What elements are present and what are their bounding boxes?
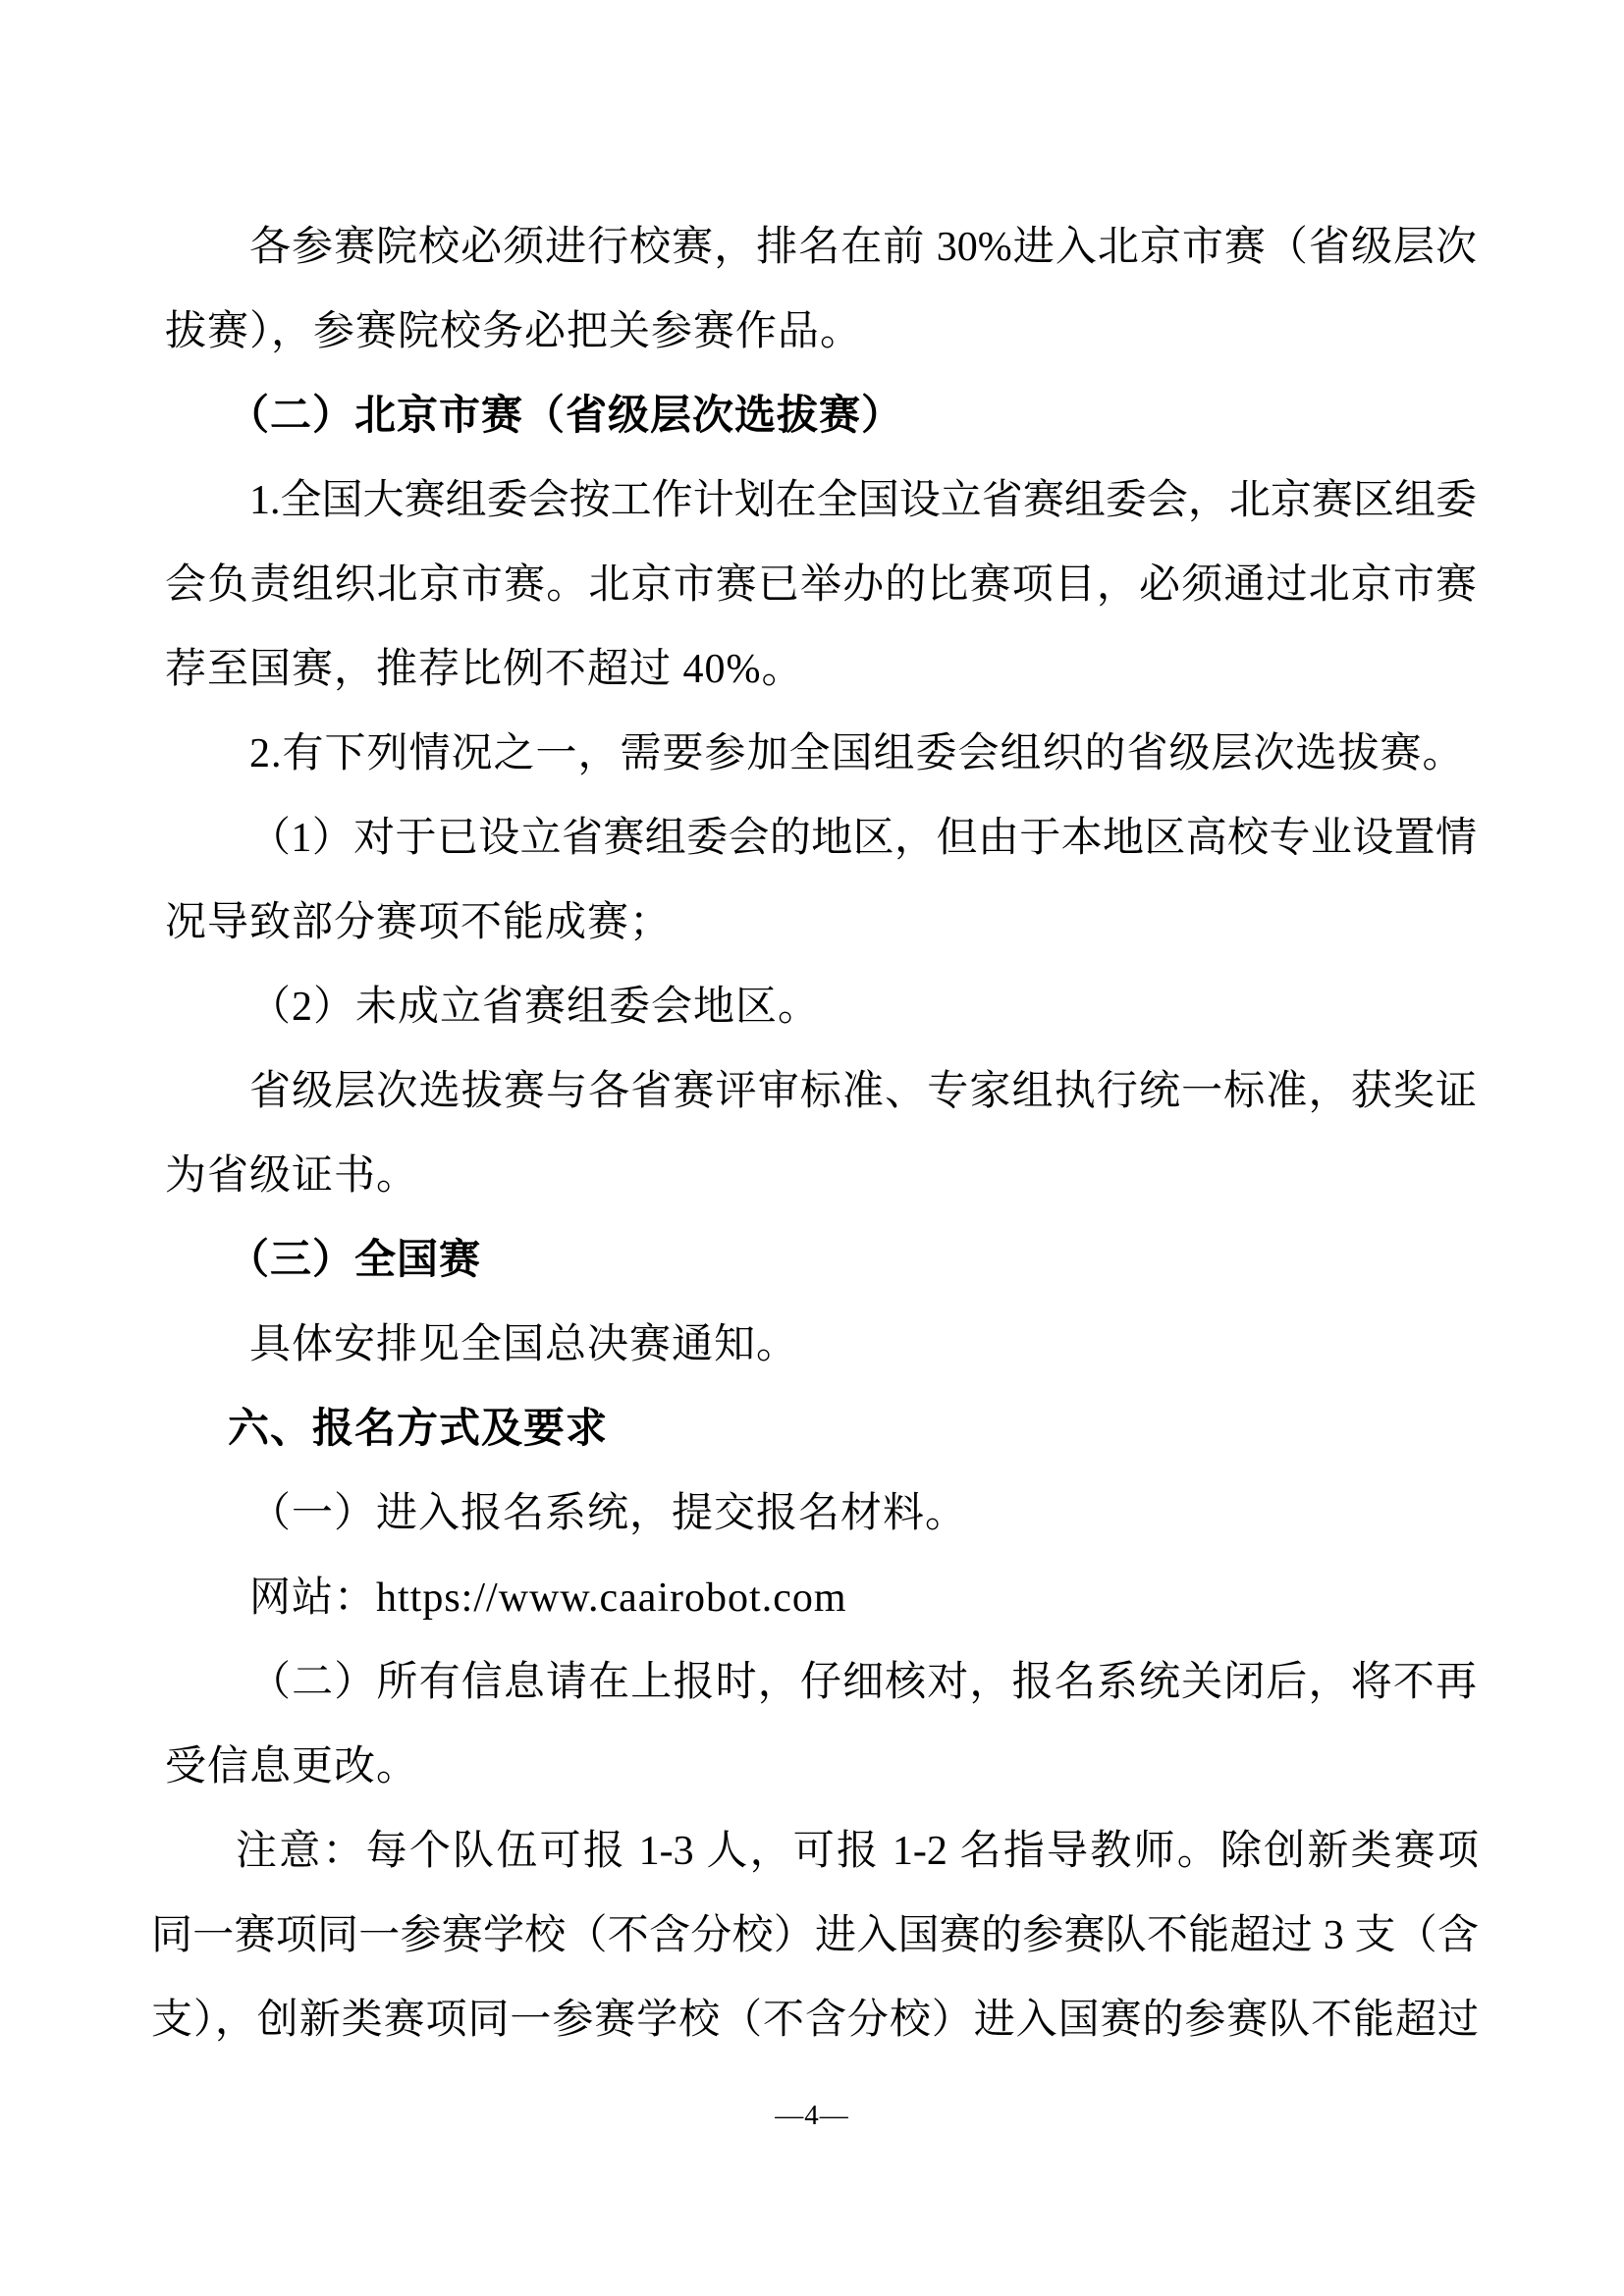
text-line: 荐至国赛，推荐比例不超过 40%。: [165, 627, 1477, 712]
document-page: 各参赛院校必须进行校赛，排名在前 30%进入北京市赛（省级层次选拔赛），参赛院校…: [0, 0, 1624, 2296]
page-number: —4—: [0, 2073, 1624, 2158]
text-line: 支），创新类赛项同一参赛学校（不含分校）进入国赛的参赛队不能超过: [151, 1978, 1479, 2062]
heading-line: 六、报名方式及要求: [165, 1387, 1477, 1471]
text-line: 1.全国大赛组委会按工作计划在全国设立省赛组委会，北京赛区组委: [165, 458, 1477, 543]
text-line: 2.有下列情况之一，需要参加全国组委会组织的省级层次选拔赛。: [165, 712, 1477, 796]
text-line: 同一赛项同一参赛学校（不含分校）进入国赛的参赛队不能超过 3 支（含 3: [151, 1894, 1479, 1978]
text-line: 网站：https://www.caairobot.com: [165, 1556, 1477, 1640]
text-line: 况导致部分赛项不能成赛；: [165, 881, 1477, 965]
heading-line: （二）北京市赛（省级层次选拔赛）: [165, 374, 1477, 458]
text-line: （二）所有信息请在上报时，仔细核对，报名系统关闭后，将不再接: [165, 1640, 1477, 1725]
text-line: 省级层次选拔赛与各省赛评审标准、专家组执行统一标准，获奖证书: [165, 1049, 1477, 1134]
text-line: 受信息更改。: [165, 1725, 1477, 1809]
text-line: 为省级证书。: [165, 1134, 1477, 1218]
text-line: 具体安排见全国总决赛通知。: [165, 1303, 1477, 1387]
text-line: 注意：每个队伍可报 1-3 人，可报 1-2 名指导教师。除创新类赛项外，: [151, 1809, 1479, 1894]
text-line: （2）未成立省赛组委会地区。: [165, 965, 1477, 1049]
text-line: （1）对于已设立省赛组委会的地区，但由于本地区高校专业设置情: [165, 796, 1477, 881]
text-line: 各参赛院校必须进行校赛，排名在前 30%进入北京市赛（省级层次选: [165, 205, 1477, 290]
text-line: 拔赛），参赛院校务必把关参赛作品。: [165, 290, 1477, 374]
heading-line: （三）全国赛: [165, 1218, 1477, 1303]
text-line: 会负责组织北京市赛。北京市赛已举办的比赛项目，必须通过北京市赛推: [165, 543, 1477, 627]
text-line: （一）进入报名系统，提交报名材料。: [165, 1471, 1477, 1556]
